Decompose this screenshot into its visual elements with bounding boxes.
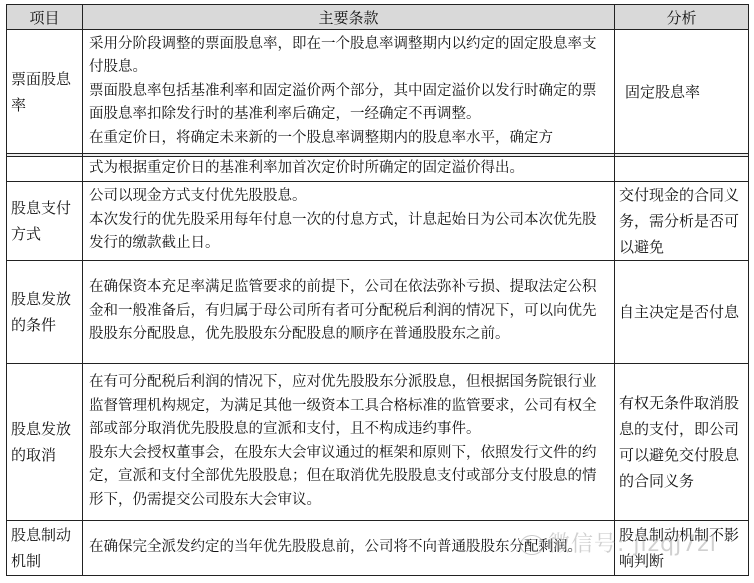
cell-analysis: 有权无条件取消股息的支付，即公司可以避免交付股息的合同义务 [615,363,749,520]
header-row: 项目 主要条款 分析 [7,5,749,30]
cell-item: 股息支付方式 [7,181,83,260]
cell-item: 股息发放的条件 [7,260,83,363]
term-paragraph: 在确保资本充足率满足监管要求的前提下，公司在依法弥补亏损、提取法定公积金和一般准… [89,276,608,347]
table-row-coupon-rate: 票面股息率 采用分阶段调整的票面股息率，即在一个股息率调整期内以约定的固定股息率… [7,30,749,154]
cell-terms: 在有可分配税后利润的情况下，应对优先股股东分派股息，但根据国务院银行业监督管理机… [83,363,615,520]
term-paragraph: 股东大会授权董事会，在股东大会审议通过的框架和原则下，依照发行文件的约定，宣派和… [89,442,608,513]
cell-analysis: 交付现金的合同义务，需分析是否可以避免 [615,181,749,260]
table-row-continuation: 式为根据重定价日的基准利率加首次定价时所确定的固定溢价得出。 [7,157,749,182]
cell-terms: 在确保完全派发约定的当年优先股股息前，公司将不向普通股股东分配剩润。 [83,520,615,575]
cell-analysis: 股息制动机制不影响判断 [615,520,749,575]
preferred-stock-terms-table: 项目 主要条款 分析 票面股息率 采用分阶段调整的票面股息率，即在一个股息率调整… [6,4,749,576]
cell-item: 股息制动机制 [7,520,83,575]
header-terms: 主要条款 [83,5,615,30]
cell-analysis: 自主决定是否付息 [615,260,749,363]
table-row-payment-method: 股息支付方式 公司以现金方式支付优先股股息。 本次发行的优先股采用每年付息一次的… [7,181,749,260]
cell-terms: 公司以现金方式支付优先股股息。 本次发行的优先股采用每年付息一次的付息方式，计息… [83,181,615,260]
cell-item: 票面股息率 [7,30,83,154]
cell-terms: 在确保资本充足率满足监管要求的前提下，公司在依法弥补亏损、提取法定公积金和一般准… [83,260,615,363]
term-paragraph: 式为根据重定价日的基准利率加首次定价时所确定的固定溢价得出。 [89,157,608,181]
cell-terms: 采用分阶段调整的票面股息率，即在一个股息率调整期内以约定的固定股息率支付股息。 … [83,30,615,154]
header-analysis: 分析 [615,5,749,30]
table-row-payment-conditions: 股息发放的条件 在确保资本充足率满足监管要求的前提下，公司在依法弥补亏损、提取法… [7,260,749,363]
term-paragraph: 在有可分配税后利润的情况下，应对优先股股东分派股息，但根据国务院银行业监督管理机… [89,371,608,442]
table-row-dividend-stopper: 股息制动机制 在确保完全派发约定的当年优先股股息前，公司将不向普通股股东分配剩润… [7,520,749,575]
term-paragraph: 票面股息率包括基准利率和固定溢价两个部分，其中固定溢价以发行时确定的票面股息率扣… [89,80,608,127]
header-item: 项目 [7,5,83,30]
term-paragraph: 在确保完全派发约定的当年优先股股息前，公司将不向普通股股东分配剩润。 [89,536,608,560]
cell-item [7,157,83,182]
cell-analysis: 固定股息率 [615,30,749,154]
term-paragraph: 在重定价日，将确定未来新的一个股息率调整期内的股息率水平，确定方 [89,127,608,151]
cell-item: 股息发放的取消 [7,363,83,520]
term-paragraph: 本次发行的优先股采用每年付息一次的付息方式，计息起始日为公司本次优先股发行的缴款… [89,209,608,256]
term-paragraph: 公司以现金方式支付优先股股息。 [89,185,608,209]
term-paragraph: 采用分阶段调整的票面股息率，即在一个股息率调整期内以约定的固定股息率支付股息。 [89,33,608,80]
cell-terms: 式为根据重定价日的基准利率加首次定价时所确定的固定溢价得出。 [83,157,615,182]
cell-analysis [615,157,749,182]
table-row-payment-cancellation: 股息发放的取消 在有可分配税后利润的情况下，应对优先股股东分派股息，但根据国务院… [7,363,749,520]
